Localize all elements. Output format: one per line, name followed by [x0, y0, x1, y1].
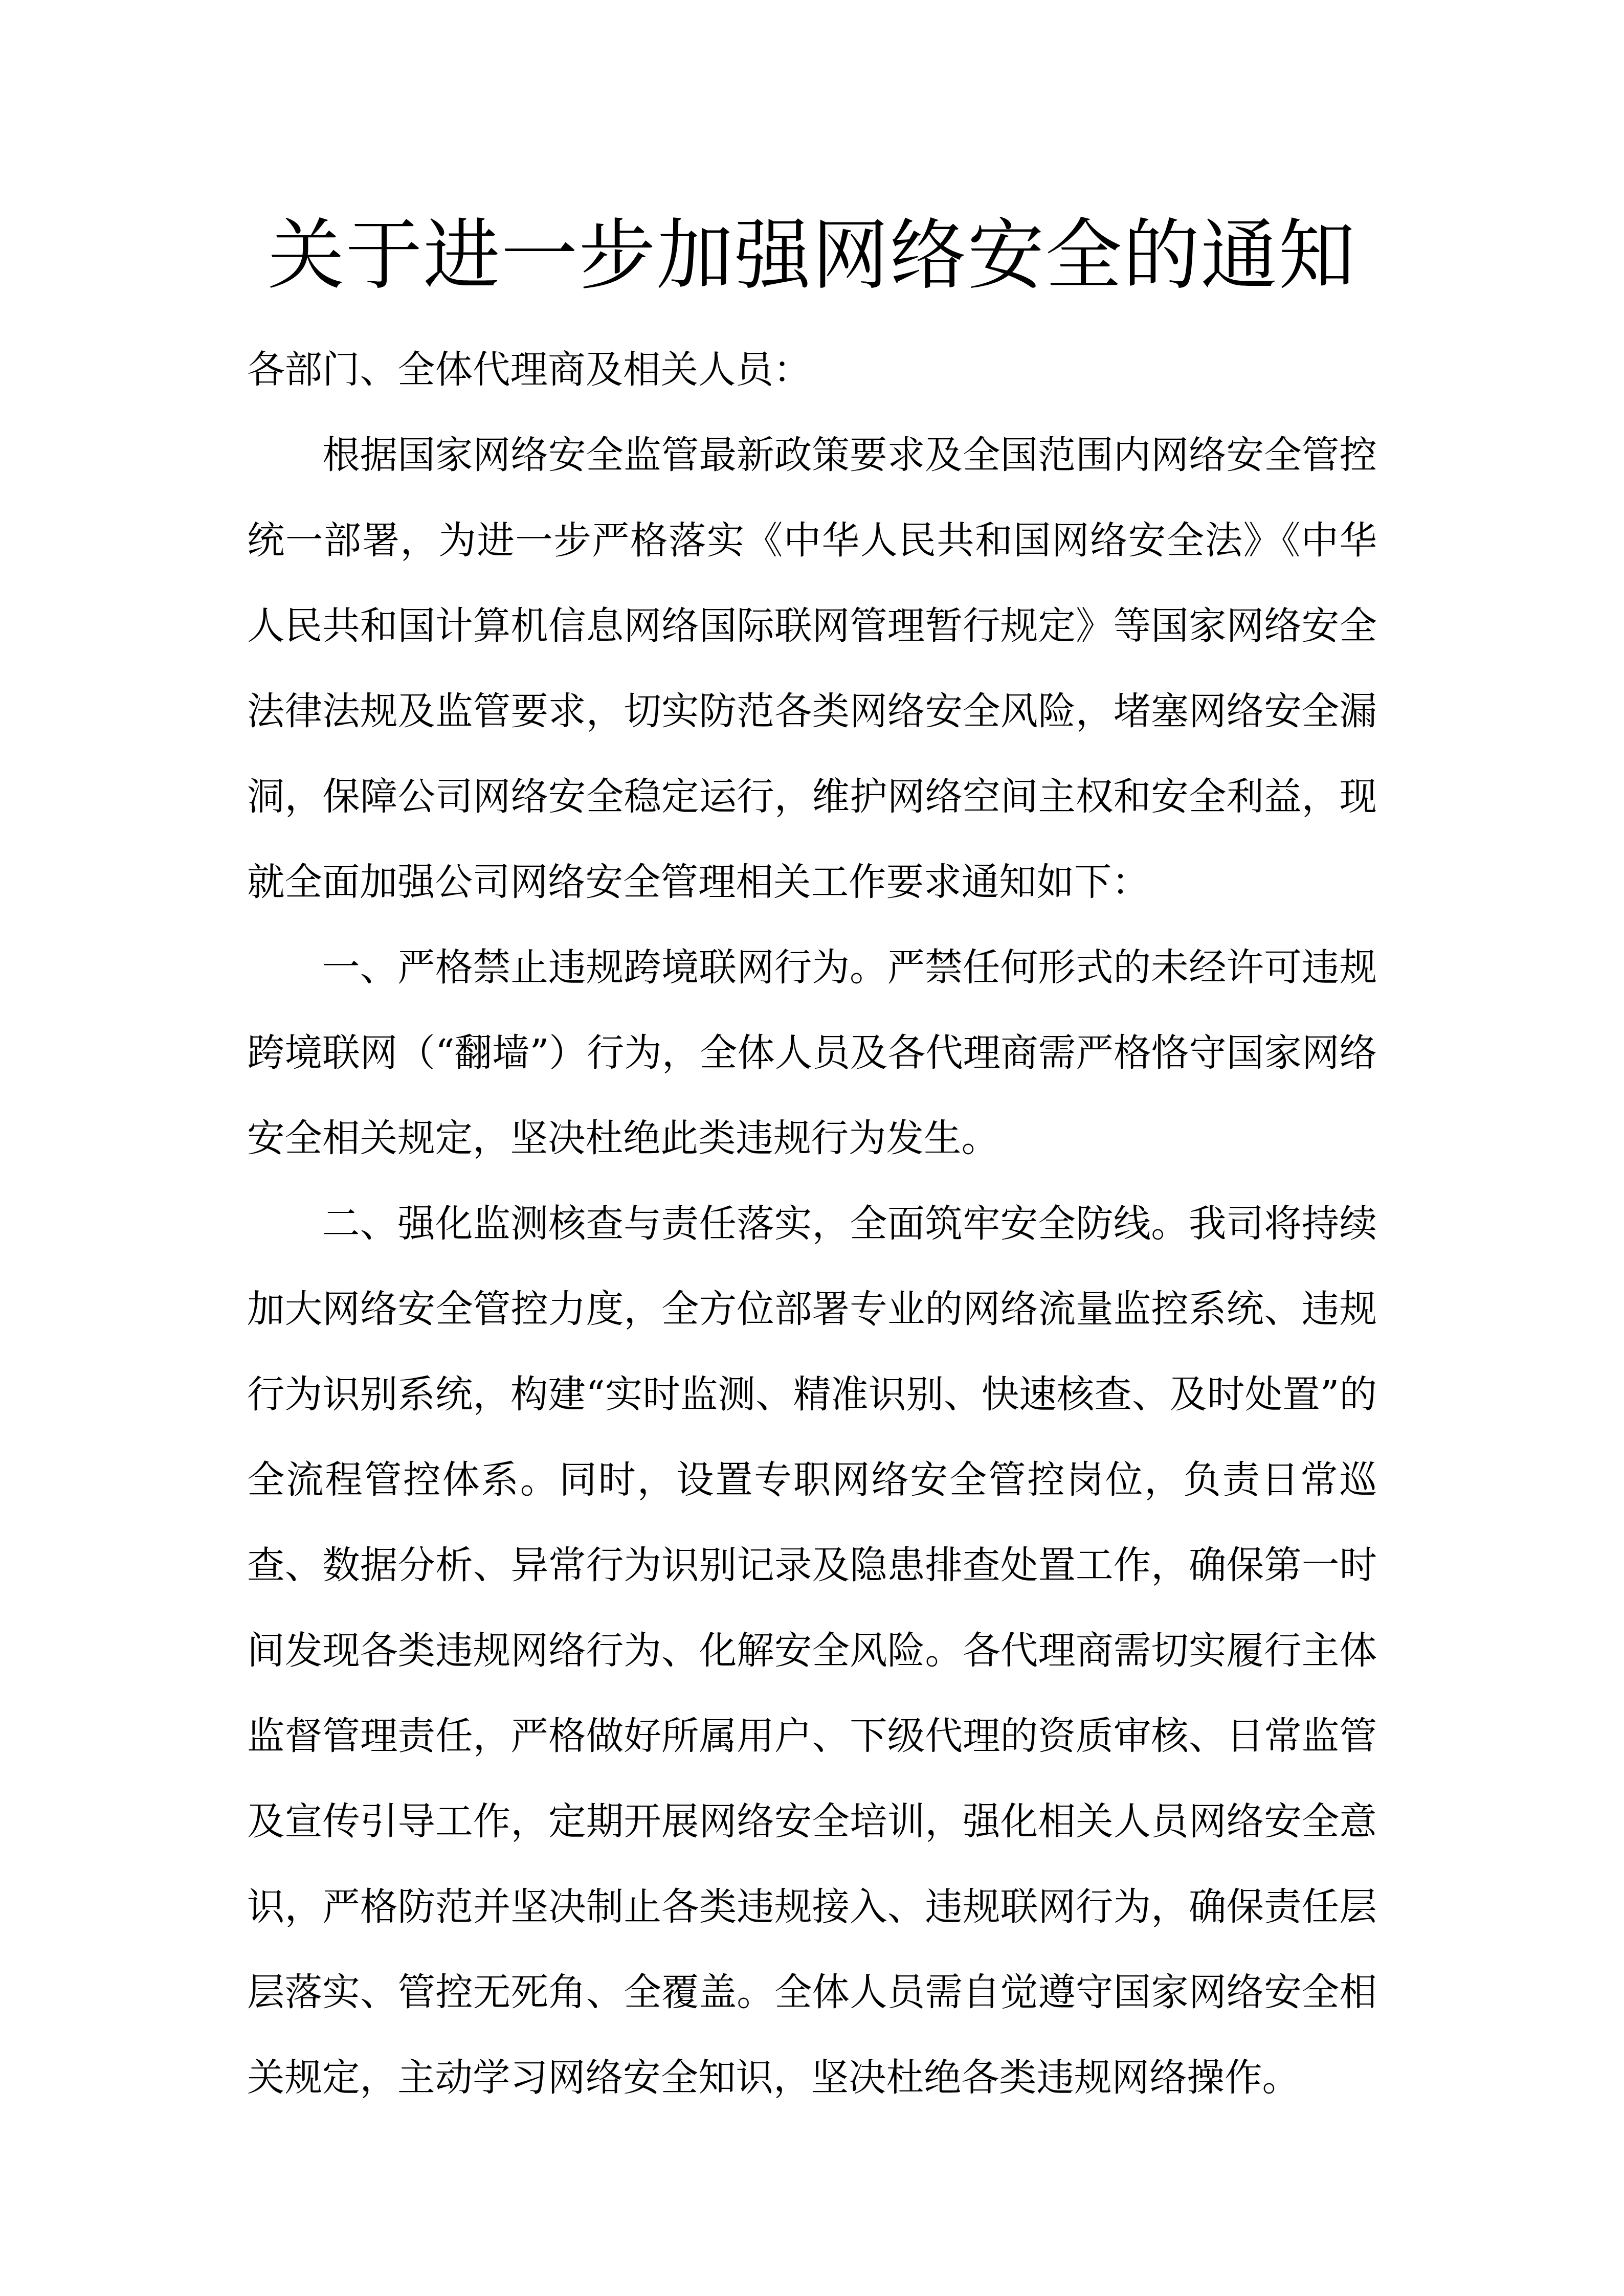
- salutation-line: 各部门、全体代理商及相关人员：: [247, 327, 1377, 413]
- document-title: 关于进一步加强网络安全的通知: [247, 199, 1377, 312]
- document-page: 关于进一步加强网络安全的通知 各部门、全体代理商及相关人员： 根据国家网络安全监…: [0, 0, 1624, 2296]
- body-paragraph-3: 二、强化监测核查与责任落实，全面筑牢安全防线。我司将持续加大网络安全管控力度，全…: [247, 1181, 1377, 2121]
- body-paragraph-1: 根据国家网络安全监管最新政策要求及全国范围内网络安全管控统一部署，为进一步严格落…: [247, 413, 1377, 925]
- body-paragraph-2: 一、严格禁止违规跨境联网行为。严禁任何形式的未经许可违规跨境联网（“翻墙”）行为…: [247, 925, 1377, 1181]
- document-body: 各部门、全体代理商及相关人员： 根据国家网络安全监管最新政策要求及全国范围内网络…: [247, 327, 1377, 2121]
